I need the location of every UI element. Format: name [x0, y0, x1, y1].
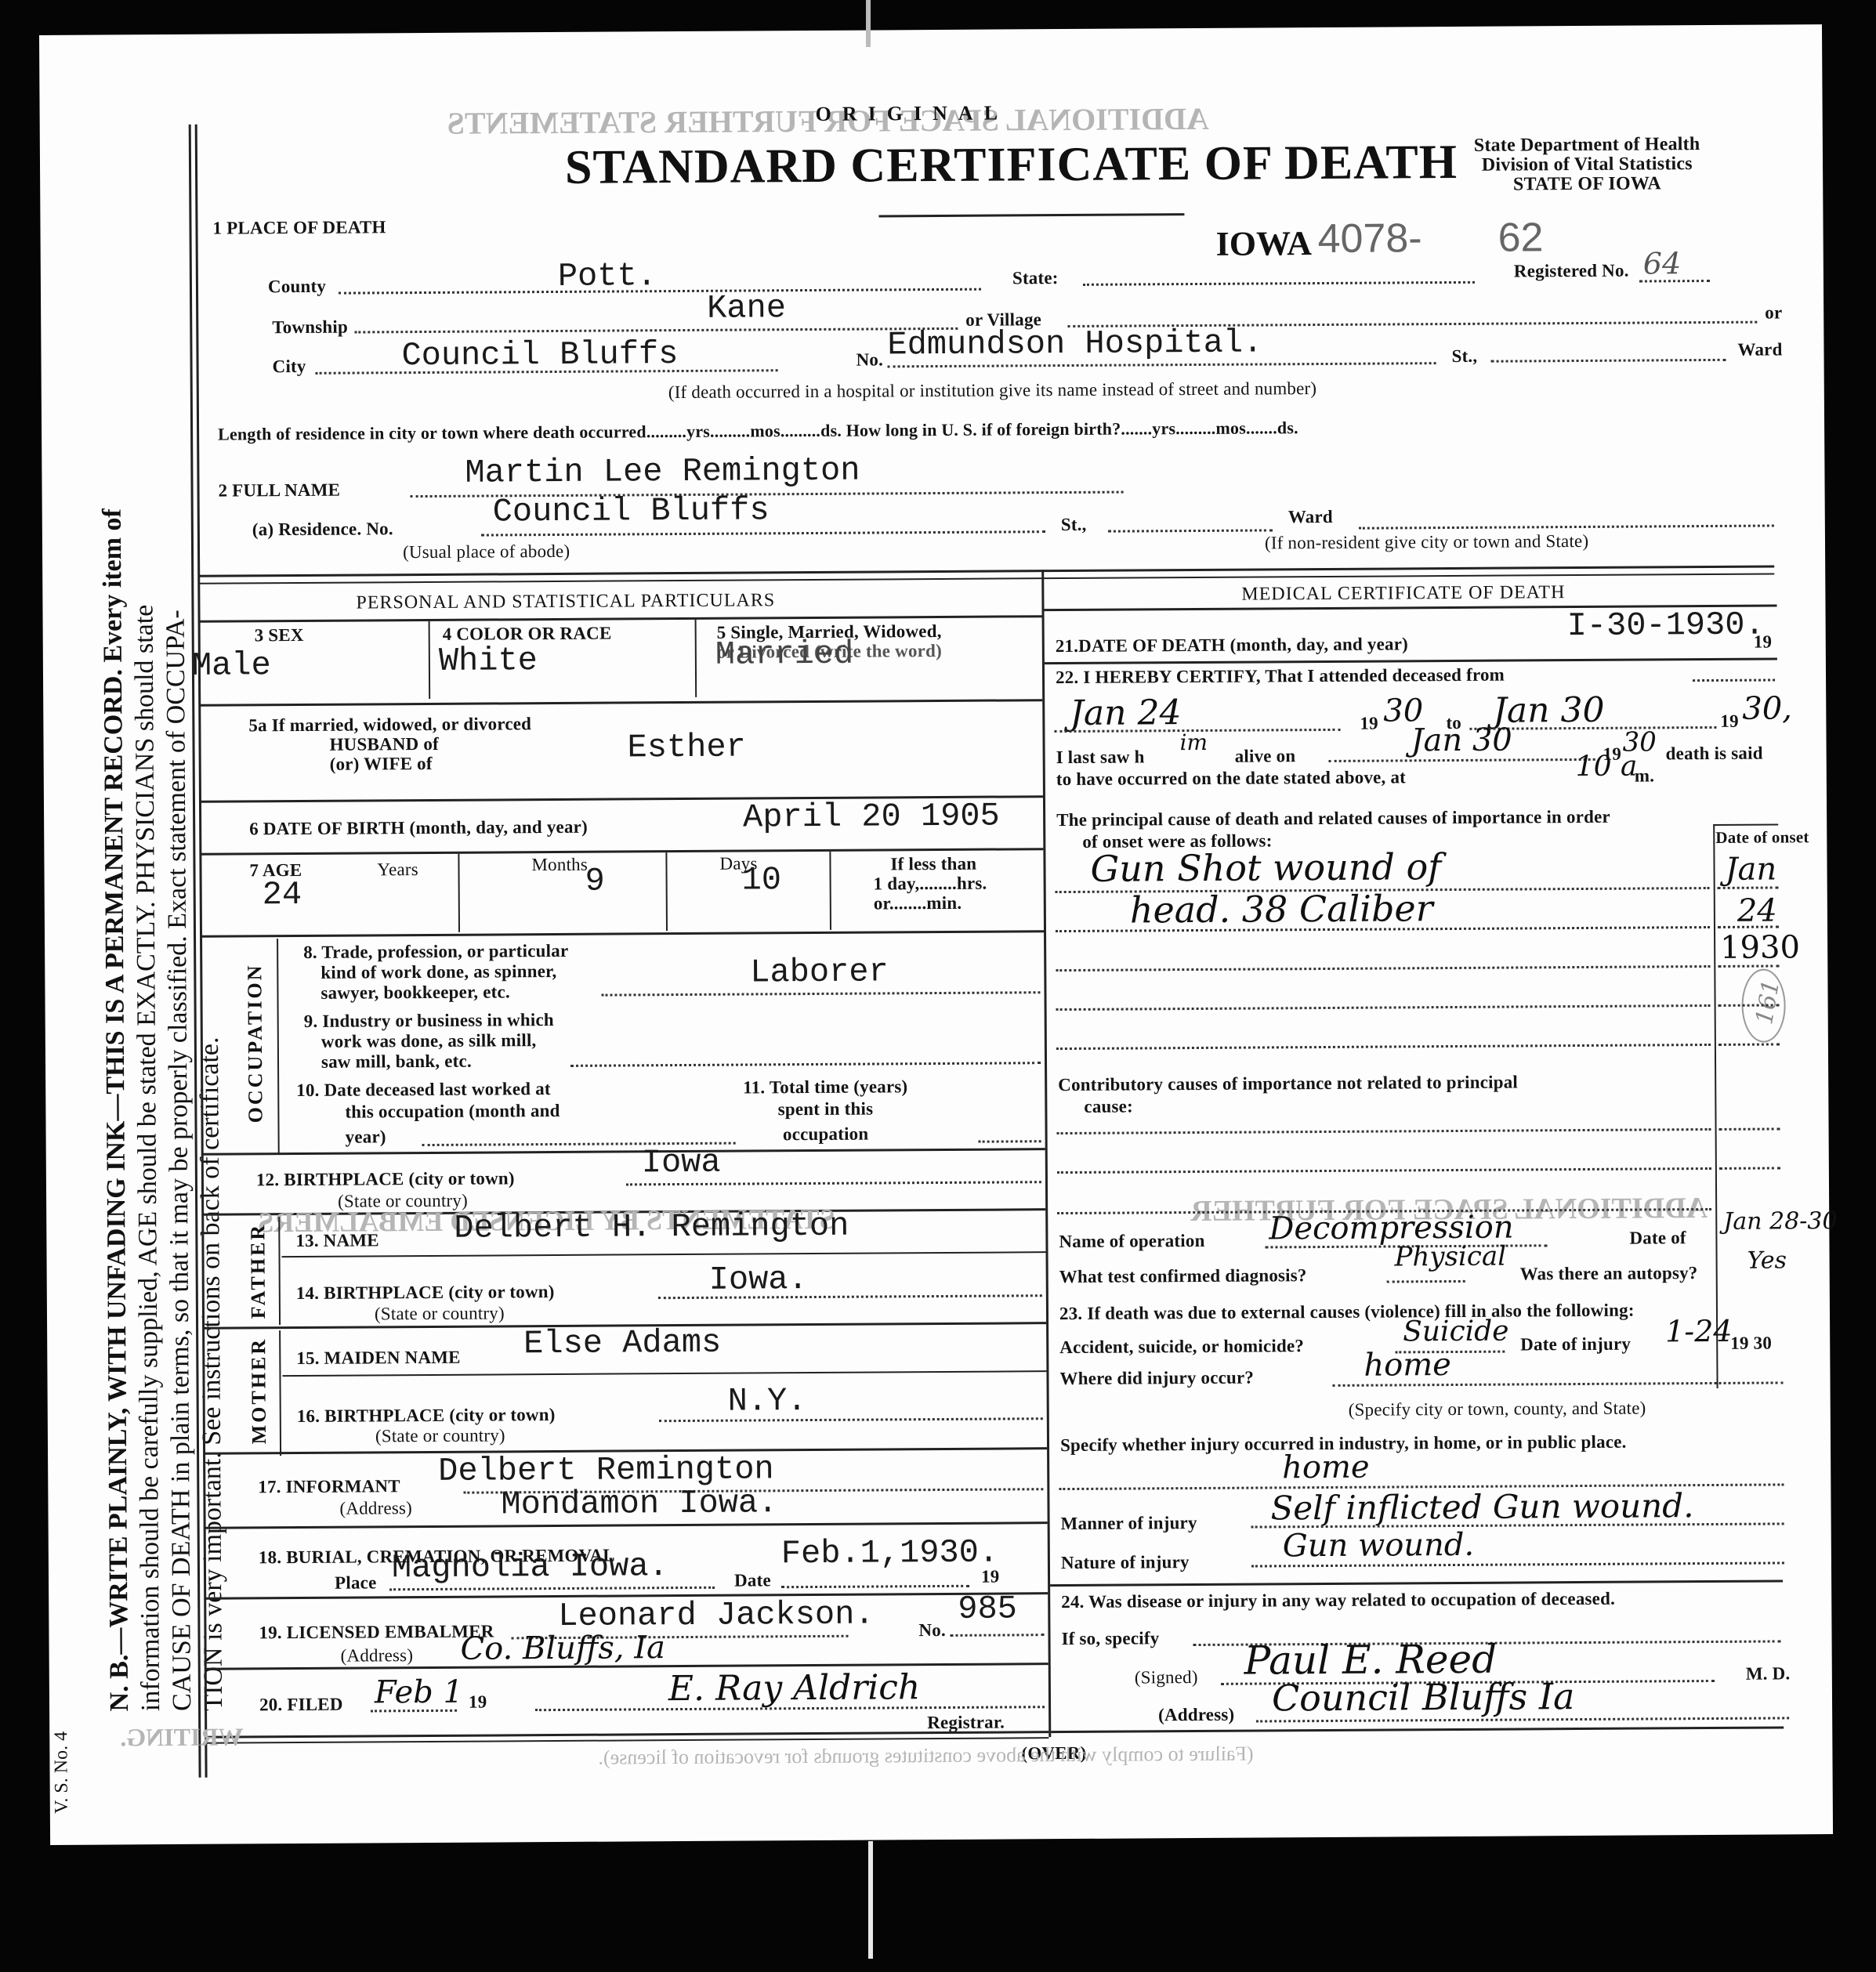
burial-place-line — [389, 1587, 715, 1591]
last-saw-pronoun: im — [1179, 729, 1208, 755]
trade-label-2: kind of work done, as spinner, — [303, 961, 568, 983]
onset-line-3: 1930 — [1720, 929, 1800, 966]
test-line — [1387, 1280, 1465, 1283]
burial-date-label: Date — [734, 1570, 771, 1590]
trade-label-1: 8. Trade, profession, or particular — [303, 941, 568, 963]
cause-line-3-rule — [1056, 965, 1710, 972]
full-name-label: 2 FULL NAME — [218, 480, 340, 501]
medical-heading: MEDICAL CERTIFICATE OF DEATH — [1241, 582, 1565, 606]
industry-label-2: work was done, as silk mill, — [304, 1030, 554, 1052]
form-number: V. S. No. 4 — [51, 1731, 73, 1814]
birthplace-line — [626, 1181, 1041, 1185]
residence-st-line — [1108, 529, 1273, 532]
father-birthplace-sub: (State or country) — [375, 1303, 505, 1324]
total-time-label-3: occupation — [744, 1123, 908, 1145]
abode-note: (Usual place of abode) — [403, 541, 570, 563]
attended-to-year: 30, — [1742, 690, 1792, 726]
alive-on-label: alive on — [1235, 746, 1296, 766]
spouse-label-3: (or) WIFE of — [330, 754, 433, 775]
onset-rule-3 — [1718, 964, 1779, 967]
file-number: 4078- — [1317, 215, 1421, 262]
registrar-line — [535, 1706, 1045, 1711]
contributory-rule-2 — [1057, 1167, 1711, 1174]
physician-address-value: Council Bluffs Ia — [1272, 1675, 1575, 1719]
original-stamp: ORIGINAL — [816, 101, 1009, 126]
title-underline — [878, 213, 1184, 217]
cause-label-1: The principal cause of death and related… — [1056, 807, 1610, 830]
father-side-label: FATHER — [246, 1223, 270, 1319]
contributory-rule-1 — [1057, 1128, 1711, 1134]
embalmer-no-label: No. — [918, 1620, 946, 1641]
attended-from-year-prefix: 19 — [1360, 714, 1378, 734]
total-time-label-1: 11. Total time (years) — [743, 1076, 907, 1098]
industry-line — [570, 1062, 1041, 1067]
months-label: Months — [531, 855, 588, 875]
filed-year-label: 19 — [469, 1692, 487, 1713]
race-divider — [695, 619, 697, 697]
attended-from-value: Jan 24 — [1070, 693, 1181, 733]
residence-label: (a) Residence. No. — [252, 519, 393, 540]
physician-address-label: (Address) — [1158, 1705, 1234, 1726]
occurred-label: to have occurred on the date stated abov… — [1056, 767, 1406, 790]
onset-header-line — [1713, 823, 1778, 826]
last-saw-line — [1329, 758, 1595, 762]
city-value: Council Bluffs — [401, 335, 678, 374]
operation-date-label: Date of — [1629, 1228, 1686, 1248]
spouse-label-1: 5a If married, widowed, or divorced — [248, 714, 531, 736]
manner-value: Self inflicted Gun wound. — [1270, 1486, 1693, 1527]
dod-label: 21.DATE OF DEATH (month, day, and year) — [1056, 634, 1408, 657]
informant-address-value: Mondamon Iowa. — [501, 1484, 777, 1523]
occupation-side-label: OCCUPATION — [243, 963, 267, 1123]
industry-label-3: saw mill, bank, etc. — [304, 1051, 554, 1073]
residence-length: Length of residence in city or town wher… — [218, 418, 1298, 444]
autopsy-label: Was there an autopsy? — [1520, 1263, 1698, 1284]
accident-value: Suicide — [1403, 1315, 1509, 1348]
test-label: What test confirmed diagnosis? — [1059, 1265, 1307, 1287]
city-label: City — [273, 356, 306, 377]
months-divider — [665, 852, 668, 931]
filed-label: 20. FILED — [259, 1695, 343, 1716]
registered-no: 64 — [1643, 246, 1682, 280]
manner-label: Manner of injury — [1061, 1513, 1197, 1534]
contributory-onset-rule-2 — [1719, 1167, 1780, 1169]
trade-label: 8. Trade, profession, or particular kind… — [303, 941, 569, 1004]
father-birthplace-value: Iowa. — [709, 1261, 808, 1299]
trade-line — [601, 991, 1040, 996]
embalmer-no-line — [950, 1634, 1044, 1637]
registrar-signature: E. Ray Aldrich — [668, 1667, 921, 1709]
father-birthplace-label: 14. BIRTHPLACE (city or town) — [296, 1282, 555, 1304]
last-saw-label: I last saw h — [1056, 747, 1145, 768]
dept-line-3: STATE OF IOWA — [1474, 174, 1700, 195]
onset-rule-5 — [1718, 1043, 1780, 1045]
filed-value: Feb 1 — [375, 1674, 463, 1711]
years-label: Years — [377, 859, 418, 880]
external-causes-label: 23. If death was due to external causes … — [1059, 1301, 1635, 1324]
injury-year: 19 30 — [1730, 1333, 1772, 1354]
race-value: White — [439, 642, 538, 680]
burial-place-label: Place — [335, 1572, 377, 1593]
nature-label: Nature of injury — [1061, 1552, 1190, 1573]
township-value: Kane — [707, 289, 786, 327]
less-than-label-2: 1 day,........hrs. — [874, 874, 987, 895]
md-label: M. D. — [1746, 1663, 1791, 1684]
last-saw-date: Jan 30 — [1411, 722, 1512, 759]
onset-rule-2 — [1718, 925, 1779, 928]
last-worked-label: 10. Date deceased last worked at this oc… — [296, 1078, 560, 1149]
years-value: 24 — [263, 876, 302, 914]
residence-ward-label: Ward — [1288, 507, 1333, 527]
dept-line-2: Division of Vital Statistics — [1474, 154, 1700, 175]
operation-label: Name of operation — [1059, 1231, 1204, 1252]
scan-seam-bottom — [868, 1841, 873, 1959]
township-line — [354, 327, 958, 334]
ghost-side-text: WRITING. — [120, 1722, 244, 1752]
birthplace-value: Iowa — [642, 1144, 721, 1182]
where-label: Where did injury occur? — [1059, 1368, 1254, 1390]
less-than-label-3: or........min. — [874, 893, 962, 914]
sex-label: 3 SEX — [255, 625, 304, 646]
dod-year-label: 19 — [1754, 632, 1773, 653]
onset-rule-4 — [1718, 1004, 1780, 1006]
full-name-value: Martin Lee Remington — [465, 452, 860, 492]
column-divider — [1041, 570, 1051, 1737]
father-name-line — [282, 1251, 1046, 1257]
embalmer-address-label: (Address) — [341, 1645, 414, 1666]
dept-line-1: State Department of Health — [1474, 135, 1700, 156]
embalmer-address-value: Co. Bluffs, Ia — [460, 1630, 665, 1667]
death-certificate-page: N. B.—WRITE PLAINLY, WITH UNFADING INK—T… — [39, 24, 1833, 1845]
months-value: 9 — [585, 863, 605, 900]
signed-label: (Signed) — [1135, 1667, 1198, 1688]
father-name-label: 13. NAME — [295, 1230, 379, 1251]
mother-birthplace-line — [659, 1417, 1043, 1422]
registrar-label: Registrar. — [927, 1713, 1005, 1734]
spouse-label-2: HUSBAND of — [329, 734, 439, 755]
total-time-line — [979, 1140, 1041, 1142]
marital-value: Married — [715, 635, 854, 674]
certify-label: 22. I HEREBY CERTIFY, That I attended de… — [1056, 665, 1505, 688]
embalmer-label: 19. LICENSED EMBALMER — [259, 1621, 494, 1643]
no-label: No. — [856, 349, 883, 370]
where-value: home — [1364, 1347, 1451, 1384]
nature-row-line — [1050, 1579, 1783, 1587]
mother-name-line — [282, 1370, 1046, 1377]
residence-value: Council Bluffs — [493, 491, 770, 530]
sex-row-line — [200, 699, 1042, 707]
embalmer-no-value: 985 — [958, 1590, 1017, 1627]
industry-label-1: 9. Industry or business in which — [304, 1010, 554, 1032]
days-value: 10 — [741, 861, 781, 899]
autopsy-value: Yes — [1747, 1247, 1787, 1274]
last-worked-label-2: this occupation (month and — [296, 1100, 560, 1123]
specify-note: (Specify city or town, county, and State… — [1349, 1398, 1646, 1420]
nature-value: Gun wound. — [1283, 1527, 1475, 1564]
cause-line-4-rule — [1056, 1004, 1711, 1011]
less-than-label-1: If less than — [890, 854, 976, 875]
burial-date-line — [781, 1585, 969, 1588]
operation-date-value: Jan 28-30 — [1723, 1207, 1837, 1236]
residence-ward-line — [1359, 524, 1774, 529]
state-line — [1083, 281, 1475, 286]
mother-side-line — [279, 1330, 281, 1456]
age-row-line — [201, 930, 1044, 938]
burial-place-value: Magnolia Iowa. — [392, 1547, 668, 1587]
ghost-footer: (Failure to comply with the above consti… — [598, 1742, 1253, 1770]
filed-row-line-2 — [206, 1737, 1048, 1744]
contributory-label-1: Contributory causes of importance not re… — [1058, 1072, 1518, 1095]
margin-instructions: N. B.—WRITE PLAINLY, WITH UNFADING INK—T… — [97, 508, 230, 1711]
st-label: St., — [1451, 346, 1477, 367]
state-department: State Department of Health Division of V… — [1474, 135, 1700, 195]
industry-label: 9. Industry or business in which work wa… — [304, 1010, 555, 1073]
onset-line-2: 24 — [1737, 892, 1777, 928]
mother-name-label: 15. MAIDEN NAME — [296, 1348, 461, 1369]
or-label: or — [1765, 302, 1782, 323]
industry-home-value: home — [1282, 1449, 1370, 1486]
injury-date-label: Date of injury — [1520, 1334, 1631, 1355]
file-suffix: 62 — [1498, 214, 1543, 261]
certify-line — [1693, 678, 1775, 682]
dob-value: April 20 1905 — [743, 798, 1000, 837]
dod-row-line — [1045, 657, 1777, 664]
onset-label: Date of onset — [1715, 827, 1809, 848]
father-name-value: Delbert H. Remington — [454, 1207, 849, 1247]
death-time-suffix: m. — [1635, 765, 1654, 786]
cause-line-1: Gun Shot wound of — [1090, 845, 1441, 890]
sex-divider — [429, 621, 431, 699]
registered-no-line — [1639, 280, 1710, 283]
days-divider — [829, 852, 831, 930]
spouse-value: Esther — [627, 729, 746, 767]
iowa-label: IOWA — [1215, 223, 1312, 264]
township-label: Township — [272, 317, 348, 338]
county-line — [339, 288, 981, 295]
test-value: Physical — [1394, 1241, 1506, 1273]
onset-column-line — [1713, 824, 1718, 1388]
personal-heading: PERSONAL AND STATISTICAL PARTICULARS — [356, 590, 775, 613]
injury-date-value: 1-24 — [1665, 1314, 1733, 1349]
birthplace-label: 12. BIRTHPLACE (city or town) — [256, 1168, 515, 1190]
cause-line-2: head. 38 Caliber — [1130, 887, 1433, 931]
ward-line — [1491, 359, 1726, 363]
trade-value: Laborer — [750, 953, 889, 991]
onset-rule-1 — [1718, 886, 1779, 888]
death-time-value: 10 a — [1576, 751, 1638, 783]
place-of-death-label: 1 PLACE OF DEATH — [212, 217, 386, 238]
occupation-side-line — [277, 939, 280, 1154]
occupation-row-line — [203, 1148, 1045, 1156]
burial-date-value: Feb.1,1930. — [781, 1534, 999, 1573]
total-time-label-2: spent in this — [743, 1098, 907, 1120]
page-title: STANDARD CERTIFICATE OF DEATH — [565, 135, 1458, 196]
informant-label: 17. INFORMANT — [258, 1476, 400, 1497]
occupation-related-label: 24. Was disease or injury in any way rel… — [1061, 1589, 1615, 1612]
death-said-label: death is said — [1666, 744, 1763, 765]
years-divider — [458, 854, 460, 932]
residence-line — [481, 530, 1045, 536]
informant-address-label: (Address) — [339, 1498, 412, 1519]
scan-seam-top — [866, 0, 871, 47]
nonresident-note: (If non-resident give city or town and S… — [1265, 531, 1588, 554]
dod-value: I-30-1930. — [1566, 606, 1764, 646]
embalmer-value: Leonard Jackson. — [558, 1596, 875, 1635]
trade-label-3: sawyer, bookkeeper, etc. — [303, 982, 568, 1004]
dob-label: 6 DATE OF BIRTH (month, day, and year) — [249, 817, 588, 840]
physician-row-line — [1051, 1726, 1784, 1733]
mother-birthplace-label: 16. BIRTHPLACE (city or town) — [297, 1405, 556, 1427]
contributory-label-2: cause: — [1084, 1096, 1133, 1116]
contributory-onset-rule-1 — [1719, 1127, 1780, 1130]
burial-year-label: 19 — [981, 1567, 1000, 1587]
hospital-note: (If death occurred in a hospital or inst… — [668, 378, 1317, 403]
registered-no-label: Registered No. — [1514, 261, 1629, 282]
mother-birthplace-sub: (State or country) — [375, 1425, 505, 1446]
cause-line-5-rule — [1056, 1044, 1711, 1050]
residence-st-label: St., — [1061, 515, 1087, 535]
ward-label: Ward — [1737, 339, 1782, 360]
street-value: Edmundson Hospital. — [887, 324, 1262, 364]
total-time-label: 11. Total time (years) spent in this occ… — [743, 1076, 908, 1145]
mother-side-label: MOTHER — [247, 1337, 271, 1445]
filed-line — [371, 1710, 457, 1713]
onset-line-1: Jan — [1725, 851, 1776, 887]
sex-value: Male — [192, 646, 271, 685]
if-so-label: If so, specify — [1061, 1628, 1159, 1649]
mother-name-value: Else Adams — [523, 1324, 721, 1363]
mother-birthplace-value: N.Y. — [728, 1382, 807, 1420]
attended-to-year-prefix: 19 — [1720, 711, 1739, 732]
county-label: County — [268, 277, 326, 297]
accident-label: Accident, suicide, or homicide? — [1059, 1336, 1304, 1358]
last-worked-label-1: 10. Date deceased last worked at — [296, 1078, 560, 1102]
informant-row-line — [205, 1522, 1048, 1529]
state-label: State: — [1012, 268, 1059, 288]
